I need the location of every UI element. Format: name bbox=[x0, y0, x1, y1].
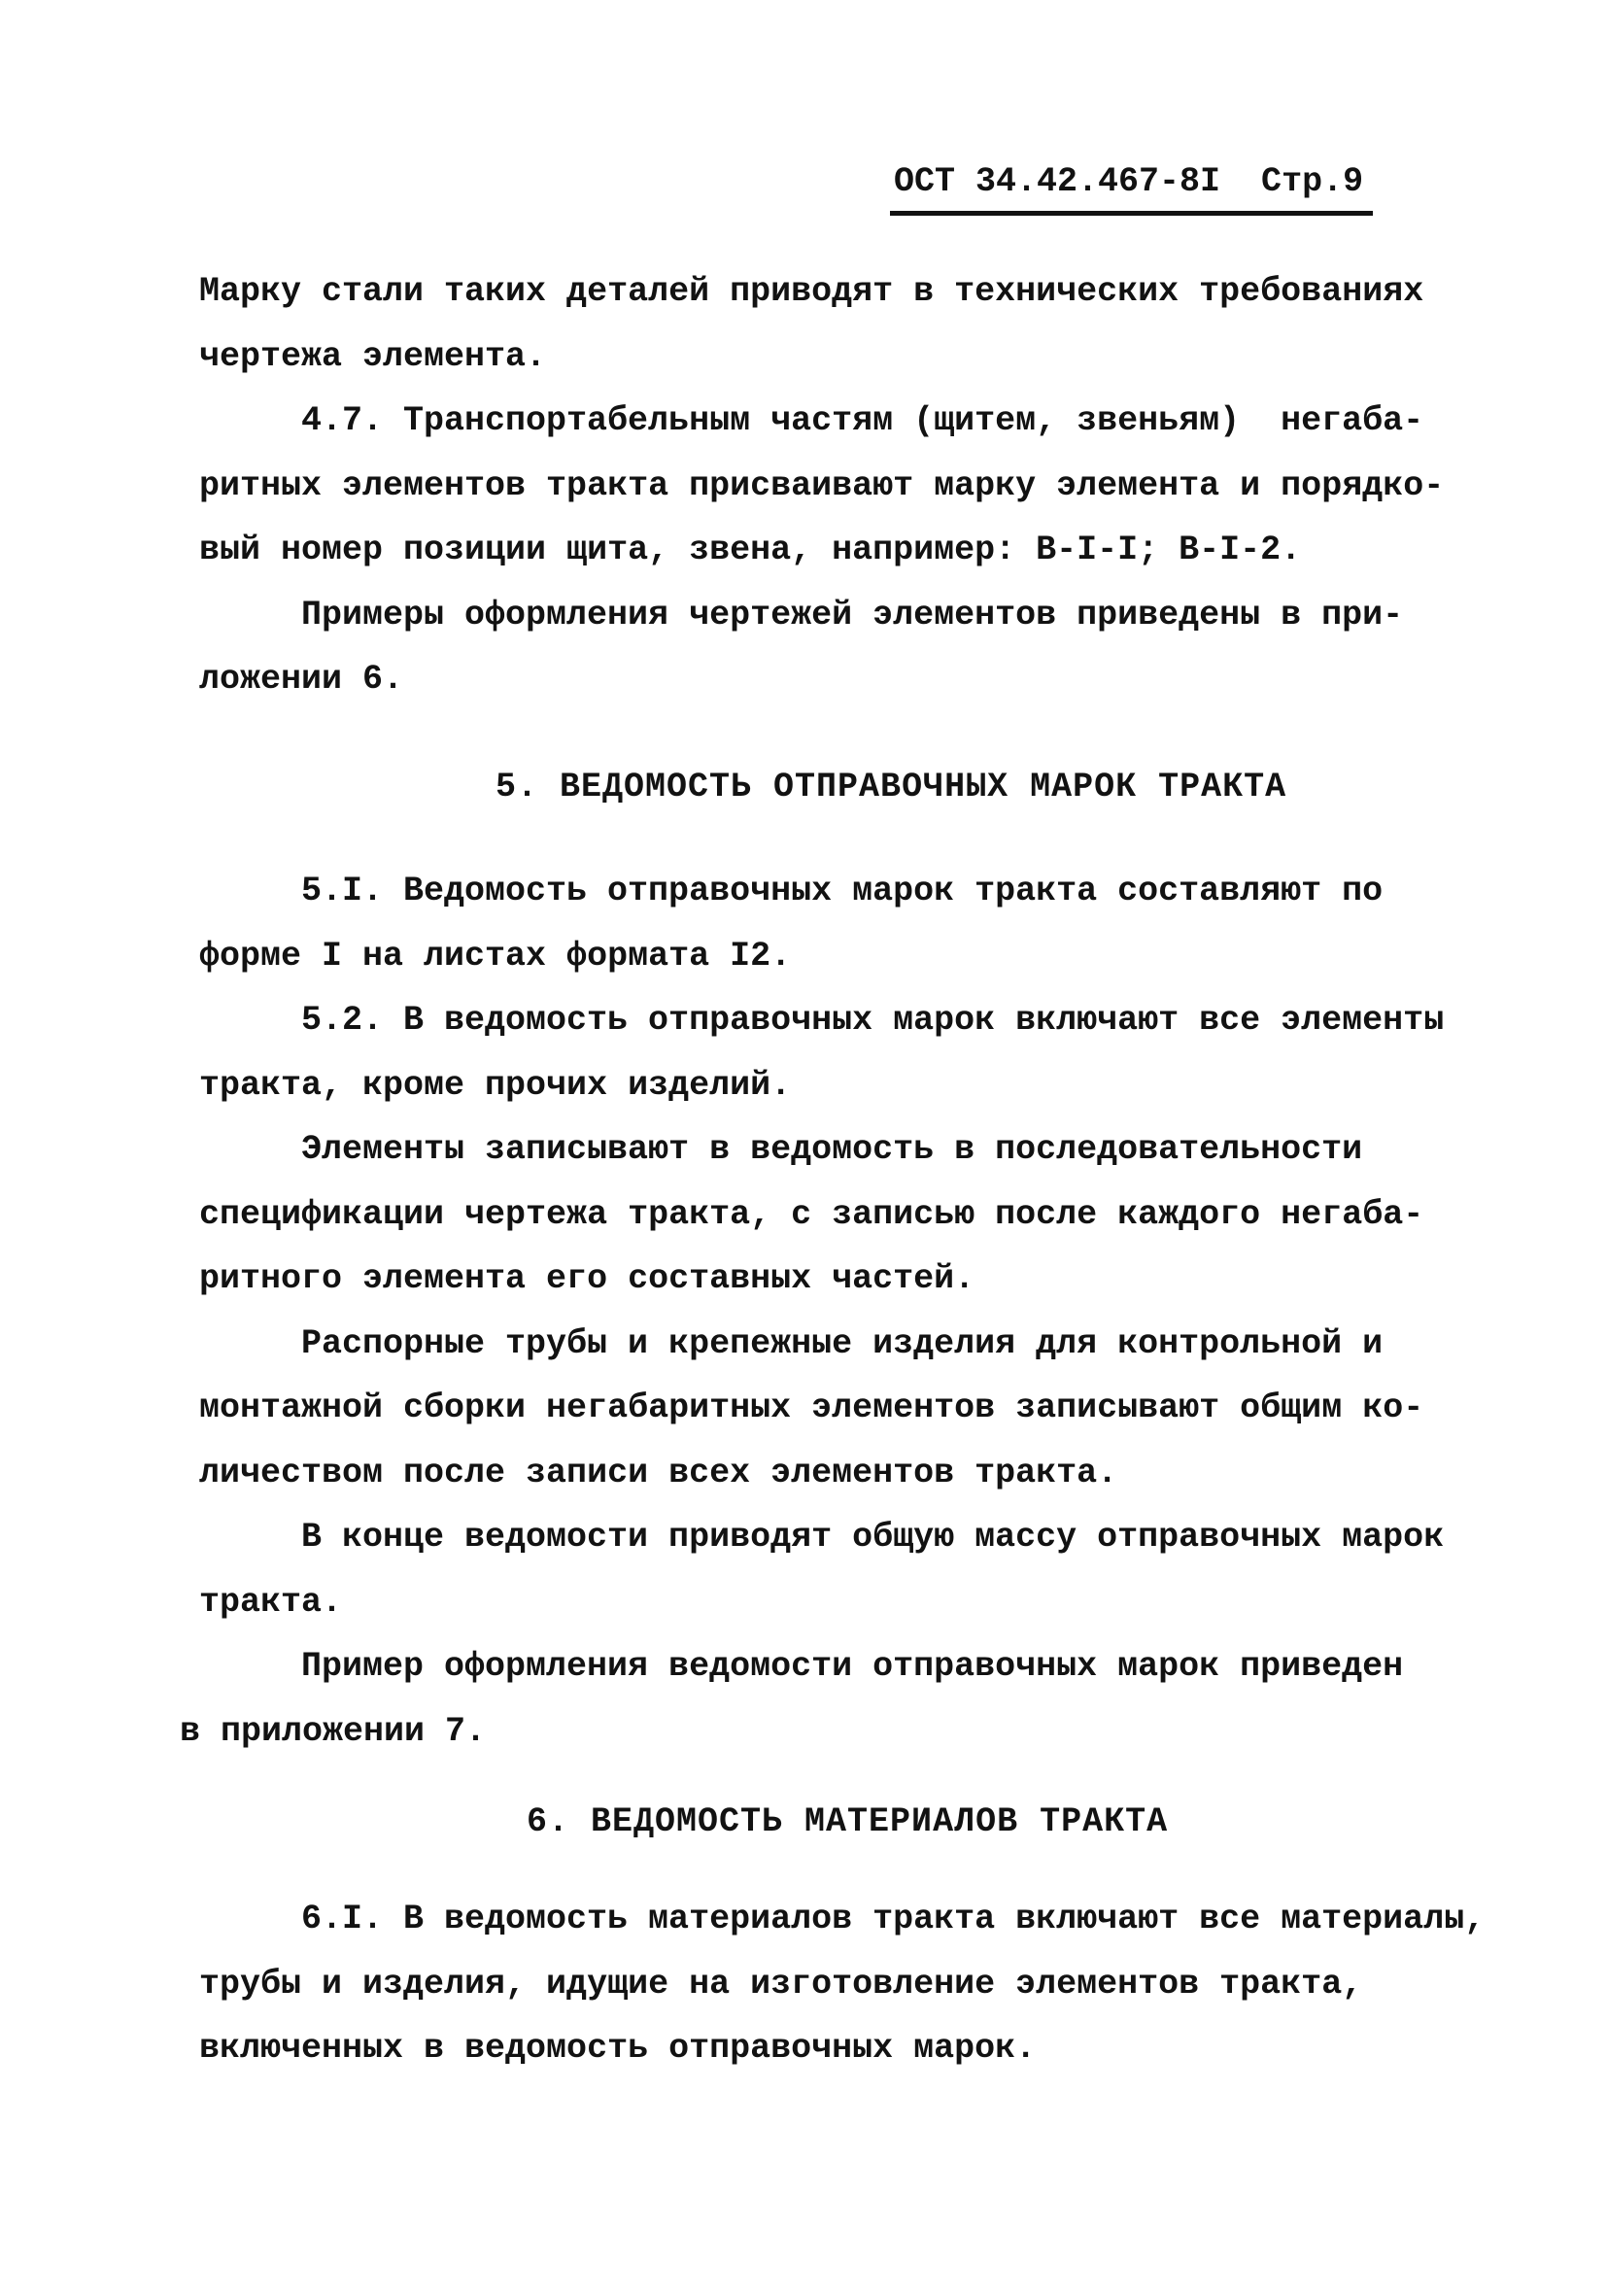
text-line: трубы и изделия, идущие на изготовление … bbox=[199, 1963, 1362, 2005]
section-5-heading: 5. ВЕДОМОСТЬ ОТПРАВОЧНЫХ МАРОК ТРАКТА bbox=[496, 766, 1286, 808]
text-line: ритного элемента его составных частей. bbox=[199, 1257, 974, 1300]
text-line: ложении 6. bbox=[199, 658, 403, 701]
text-line: монтажной сборки негабаритных элементов … bbox=[199, 1387, 1423, 1429]
scanned-document-page: ОСТ 34.42.467-8I Стр.9 Марку стали таких… bbox=[0, 0, 1607, 2296]
text-line: 4.7. Транспортабельным частям (щитем, зв… bbox=[301, 399, 1423, 442]
text-line: тракта. bbox=[199, 1581, 342, 1624]
text-line: включенных в ведомость отправочных марок… bbox=[199, 2027, 1036, 2070]
page-header: ОСТ 34.42.467-8I Стр.9 bbox=[890, 160, 1373, 216]
text-line: вый номер позиции щита, звена, например:… bbox=[199, 529, 1301, 571]
text-line: Примеры оформления чертежей элементов пр… bbox=[301, 594, 1403, 636]
text-line: Распорные трубы и крепежные изделия для … bbox=[301, 1322, 1383, 1365]
text-line: в приложении 7. bbox=[180, 1710, 486, 1753]
text-line: чертежа элемента. bbox=[199, 335, 546, 378]
text-line: спецификации чертежа тракта, с записью п… bbox=[199, 1193, 1423, 1236]
text-line: ритных элементов тракта присваивают марк… bbox=[199, 464, 1444, 507]
text-line: 5.2. В ведомость отправочных марок включ… bbox=[301, 999, 1444, 1042]
text-line: Марку стали таких деталей приводят в тех… bbox=[199, 270, 1423, 313]
text-line: тракта, кроме прочих изделий. bbox=[199, 1064, 791, 1107]
text-line: Элементы записывают в ведомость в послед… bbox=[301, 1128, 1362, 1171]
text-line: В конце ведомости приводят общую массу о… bbox=[301, 1516, 1444, 1559]
text-line: форме I на листах формата I2. bbox=[199, 935, 791, 977]
text-line: 5.I. Ведомость отправочных марок тракта … bbox=[301, 870, 1383, 912]
text-line: личеством после записи всех элементов тр… bbox=[199, 1452, 1117, 1494]
text-line: Пример оформления ведомости отправочных … bbox=[301, 1645, 1403, 1688]
section-6-heading: 6. ВЕДОМОСТЬ МАТЕРИАЛОВ ТРАКТА bbox=[527, 1800, 1168, 1843]
text-line: 6.I. В ведомость материалов тракта включ… bbox=[301, 1898, 1485, 1940]
